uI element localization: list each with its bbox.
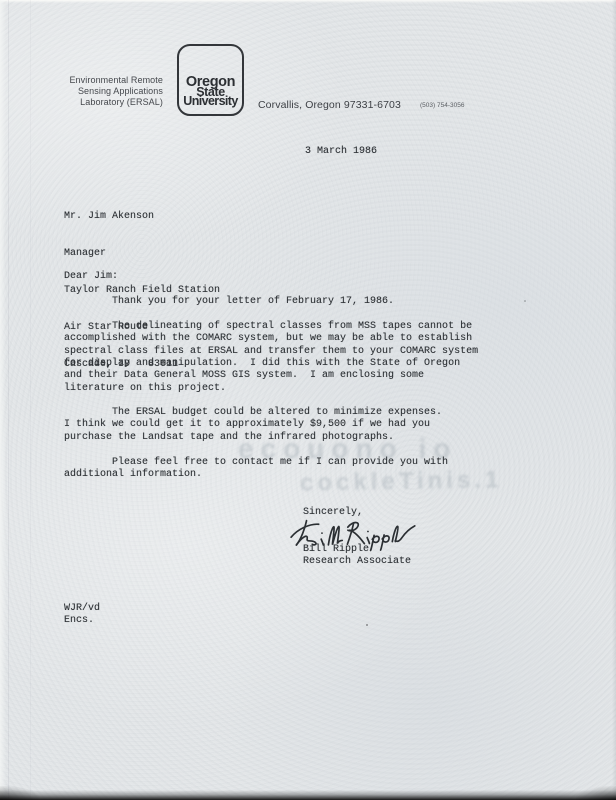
recipient-line: Manager (64, 248, 220, 260)
body-paragraph-3: The ERSAL budget could be altered to min… (64, 407, 442, 444)
scanned-letter-page: ecouono io cockleTinis.1 Environmental R… (0, 0, 616, 800)
signer-name: Bill Ripple (303, 544, 369, 556)
letterhead-department-line: Laboratory (ERSAL) (33, 97, 163, 108)
enclosure-note: Encs. (64, 615, 94, 627)
osu-logo-word-university: University (183, 96, 237, 107)
date-line: 3 March 1986 (305, 146, 377, 158)
recipient-line: Mr. Jim Akenson (64, 211, 220, 223)
letterhead-department-line: Sensing Applications (33, 86, 163, 97)
scan-line-artifact (30, 0, 31, 800)
scan-edge-right (612, 0, 616, 800)
scan-line-artifact (8, 0, 9, 800)
letterhead-department-line: Environmental Remote (33, 75, 163, 86)
scan-edge-bottom (0, 790, 616, 800)
reference-initials: WJR/vd (64, 603, 100, 615)
scan-edge-left (0, 0, 6, 800)
scan-corner-bottom-right (576, 786, 616, 800)
body-paragraph-2: The delineating of spectral classes from… (64, 321, 478, 395)
scan-speck (524, 300, 526, 302)
signer-title: Research Associate (303, 556, 411, 568)
scan-speck (366, 624, 368, 626)
body-paragraph-4: Please feel free to contact me if I can … (64, 457, 448, 482)
scan-corner-bottom-left (0, 786, 40, 800)
letterhead-department: Environmental Remote Sensing Application… (33, 75, 163, 108)
osu-logo: Oregon State University (177, 44, 244, 116)
salutation: Dear Jim: (64, 271, 118, 283)
letterhead-phone: (503) 754-3056 (420, 102, 464, 109)
letterhead-city-line: Corvallis, Oregon 97331-6703 (258, 99, 401, 111)
body-paragraph-1: Thank you for your letter of February 17… (64, 296, 394, 308)
scan-edge-top (0, 0, 616, 3)
